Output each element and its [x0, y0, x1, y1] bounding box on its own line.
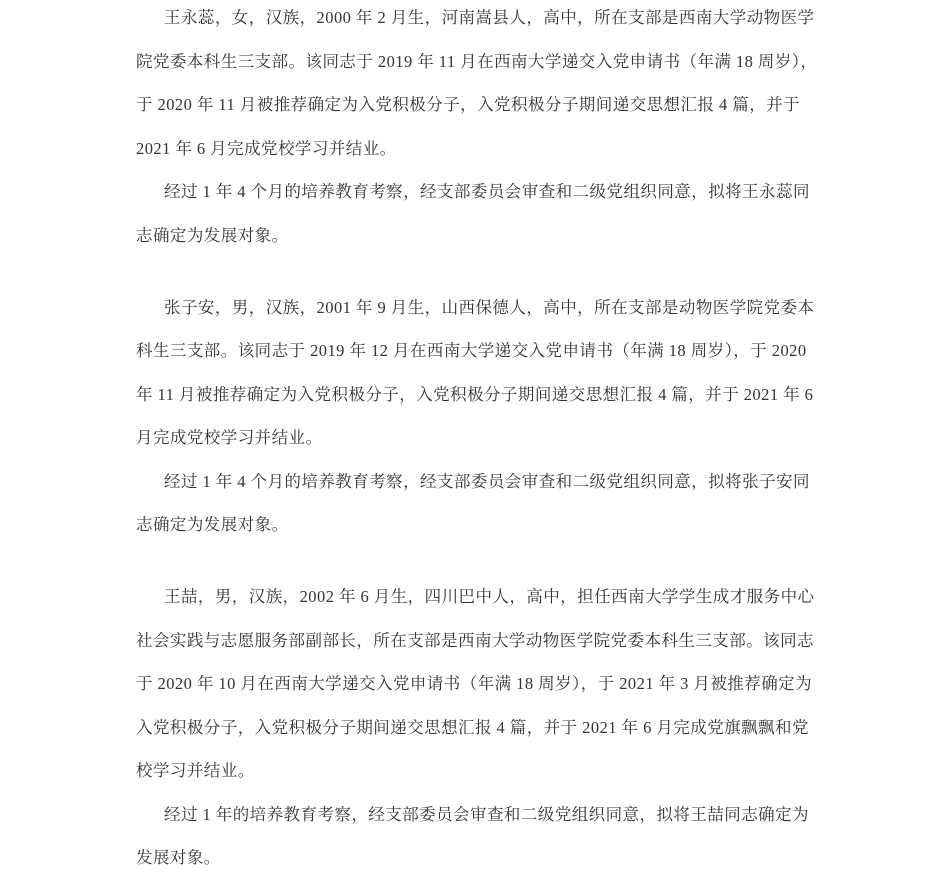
text-line: 年 11 月被推荐确定为入党积极分子，入党积极分子期间递交思想汇报 4 篇，并于… [136, 373, 836, 417]
blank-line-spacer [136, 547, 836, 576]
para-zhang-zian-bio: 张子安，男，汉族，2001 年 9 月生，山西保德人，高中，所在支部是动物医学院… [136, 286, 836, 460]
para-wang-zhe-bio: 王喆，男，汉族，2002 年 6 月生，四川巴中人，高中，担任西南大学学生成才服… [136, 575, 836, 793]
para-wang-zhe-decision: 经过 1 年的培养教育考察，经支部委员会审查和二级党组织同意，拟将王喆同志确定为… [136, 793, 836, 880]
blank-line-spacer [136, 257, 836, 286]
text-line: 月完成党校学习并结业。 [136, 416, 836, 460]
text-line: 志确定为发展对象。 [136, 214, 836, 258]
para-zhang-zian-decision: 经过 1 年 4 个月的培养教育考察，经支部委员会审查和二级党组织同意，拟将张子… [136, 460, 836, 547]
text-line: 校学习并结业。 [136, 749, 836, 793]
text-line: 张子安，男，汉族，2001 年 9 月生，山西保德人，高中，所在支部是动物医学院… [136, 286, 836, 330]
text-line: 社会实践与志愿服务部副部长，所在支部是西南大学动物医学院党委本科生三支部。该同志 [136, 619, 836, 663]
text-line: 经过 1 年的培养教育考察，经支部委员会审查和二级党组织同意，拟将王喆同志确定为 [136, 793, 836, 837]
text-line: 于 2020 年 10 月在西南大学递交入党申请书（年满 18 周岁），于 20… [136, 662, 836, 706]
text-line: 经过 1 年 4 个月的培养教育考察，经支部委员会审查和二级党组织同意，拟将张子… [136, 460, 836, 504]
para-wang-yongrui-bio: 王永蕊，女，汉族，2000 年 2 月生，河南嵩县人，高中，所在支部是西南大学动… [136, 0, 836, 170]
para-wang-yongrui-decision: 经过 1 年 4 个月的培养教育考察，经支部委员会审查和二级党组织同意，拟将王永… [136, 170, 836, 257]
text-line: 发展对象。 [136, 836, 836, 880]
text-line: 王喆，男，汉族，2002 年 6 月生，四川巴中人，高中，担任西南大学学生成才服… [136, 575, 836, 619]
document-page: 王永蕊，女，汉族，2000 年 2 月生，河南嵩县人，高中，所在支部是西南大学动… [0, 0, 928, 880]
document-text-body: 王永蕊，女，汉族，2000 年 2 月生，河南嵩县人，高中，所在支部是西南大学动… [136, 0, 836, 880]
text-line: 院党委本科生三支部。该同志于 2019 年 11 月在西南大学递交入党申请书（年… [136, 40, 836, 84]
text-line: 王永蕊，女，汉族，2000 年 2 月生，河南嵩县人，高中，所在支部是西南大学动… [136, 0, 836, 40]
text-line: 志确定为发展对象。 [136, 503, 836, 547]
text-line: 经过 1 年 4 个月的培养教育考察，经支部委员会审查和二级党组织同意，拟将王永… [136, 170, 836, 214]
text-line: 科生三支部。该同志于 2019 年 12 月在西南大学递交入党申请书（年满 18… [136, 329, 836, 373]
text-line: 于 2020 年 11 月被推荐确定为入党积极分子，入党积极分子期间递交思想汇报… [136, 83, 836, 127]
text-line: 入党积极分子，入党积极分子期间递交思想汇报 4 篇，并于 2021 年 6 月完… [136, 706, 836, 750]
text-line: 2021 年 6 月完成党校学习并结业。 [136, 127, 836, 171]
